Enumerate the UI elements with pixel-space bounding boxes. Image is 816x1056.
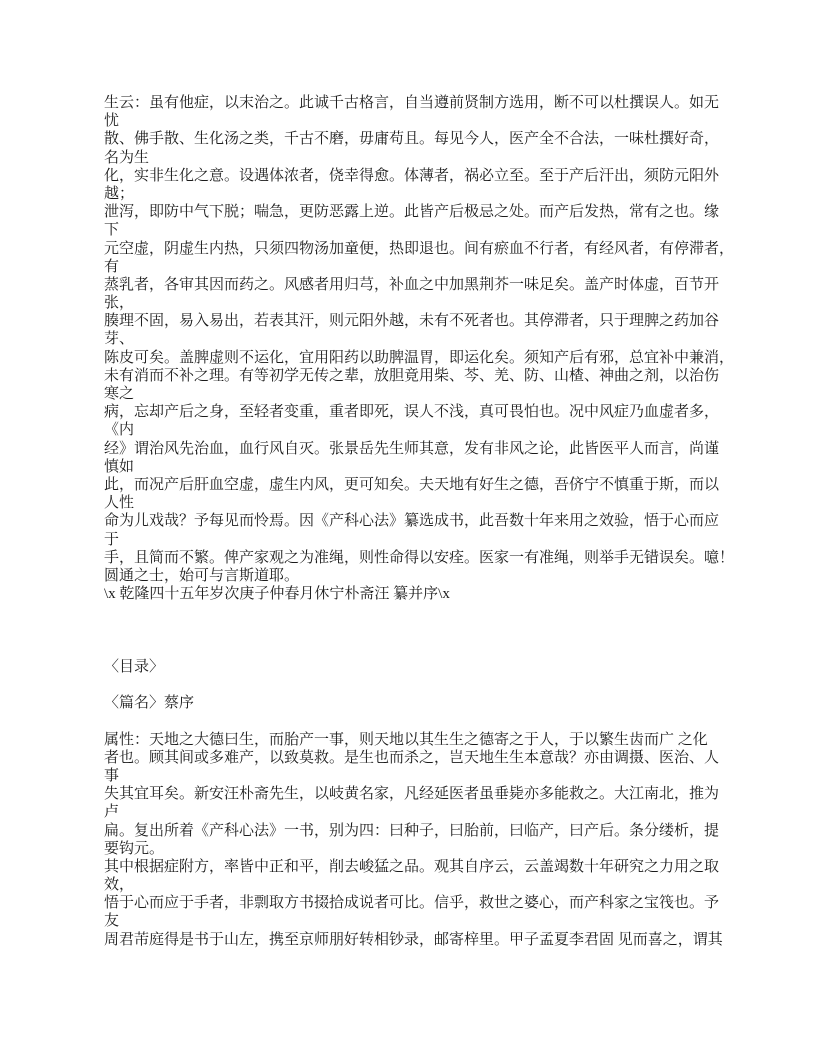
text-line: 经》谓治风先治血，血行风自灭。张景岳先生师其意，发有非风之论，此皆医平人而言，尚… [104, 440, 728, 458]
document-text: 生云：虽有他症，以末治之。此诚千古格言，自当遵前贤制方选用，断不可以杜撰误人。如… [104, 94, 728, 949]
text-line: 慎如 [104, 458, 728, 476]
text-line: 越； [104, 185, 728, 203]
text-line: 《内 [104, 421, 728, 439]
text-line: 名为生 [104, 149, 728, 167]
text-line: 陈皮可矣。盖脾虚则不运化，宜用阳药以助脾温胃，即运化矣。须知产后有邪，总宜补中兼… [104, 349, 728, 367]
text-line: 散、佛手散、生化汤之类，千古不磨，毋庸苟且。每见今人，医产全不合法，一味杜撰好奇… [104, 130, 728, 148]
author-preface-text: 生云：虽有他症，以末治之。此诚千古格言，自当遵前贤制方选用，断不可以杜撰误人。如… [104, 94, 728, 603]
text-line: 寒之 [104, 385, 728, 403]
text-line: 生云：虽有他症，以末治之。此诚千古格言，自当遵前贤制方选用，断不可以杜撰误人。如… [104, 94, 728, 112]
text-line: 病，忘却产后之身，至轻者变重，重者即死，误人不浅，真可畏怕也。况中风症乃血虚者多… [104, 403, 728, 421]
text-line: 有 [104, 258, 728, 276]
text-line: 其中根据症附方，率皆中正和平，削去峻猛之品。观其自序云，云盖竭数十年研究之力用之… [104, 858, 728, 876]
text-line: 者也。顾其间或多难产，以致莫救。是生也而杀之，岂天地生生本意哉？亦由调摄、医治、… [104, 749, 728, 767]
text-line: 命为儿戏哉？予每见而怜焉。因《产科心法》纂选成书，此吾数十年来用之效验，悟于心而… [104, 512, 728, 530]
text-line: 芽、 [104, 330, 728, 348]
text-line: 失其宜耳矣。新安汪朴斋先生，以岐黄名家，凡经延医者虽垂毙亦多能救之。大江南北，推… [104, 785, 728, 803]
text-line: 扁。复出所着《产科心法》一书，别为四：曰种子，曰胎前，曰临产，曰产后。条分缕析，… [104, 822, 728, 840]
text-line: 张， [104, 294, 728, 312]
text-line: 此，而况产后肝血空虚，虚生内风，更可知矣。夫天地有好生之德，吾侪宁不慎重于斯，而… [104, 476, 728, 494]
document-page: 生云：虽有他症，以末治之。此诚千古格言，自当遵前贤制方选用，断不可以杜撰误人。如… [0, 0, 816, 1056]
text-line: 腠理不固，易入易出，若表其汗，则元阳外越，未有不死者也。其停滞者，只于理脾之药加… [104, 312, 728, 330]
text-line: 属性：天地之大德曰生，而胎产一事，则天地以其生生之德寄之于人，于以繁生齿而广 之… [104, 731, 728, 749]
text-line: 友 [104, 912, 728, 930]
text-line: 圆通之士，始可与言斯道耶。 [104, 567, 728, 585]
text-line: 于 [104, 531, 728, 549]
text-line: 元空虚，阴虚生内热，只须四物汤加童便，热即退也。间有瘀血不行者，有经风者，有停滞… [104, 240, 728, 258]
text-line: 人性 [104, 494, 728, 512]
text-line: 忧 [104, 112, 728, 130]
text-line: 效， [104, 876, 728, 894]
text-line: 悟于心而应于手者，非剽取方书掇拾成说者可比。信乎，救世之婆心，而产科家之宝筏也。… [104, 894, 728, 912]
text-line: 要钩元。 [104, 840, 728, 858]
cai-preface-text: 属性：天地之大德曰生，而胎产一事，则天地以其生生之德寄之于人，于以繁生齿而广 之… [104, 731, 728, 949]
toc-heading: 〈目录〉 [104, 658, 728, 676]
text-line: 蒸乳者，各审其因而药之。风感者用归芎，补血之中加黑荆芥一味足矣。盖产时体虚，百节… [104, 276, 728, 294]
text-line: 周君芾庭得是书于山左，携至京师朋好转相钞录，邮寄梓里。甲子孟夏李君固 见而喜之，… [104, 931, 728, 949]
text-line: 泄泻，即防中气下脱；喘急，更防恶露上逆。此皆产后极忌之处。而产后发热，常有之也。… [104, 203, 728, 221]
text-line: 化，实非生化之意。设遇体浓者，侥幸得愈。体薄者，祸必立至。至于产后汗出，须防元阳… [104, 167, 728, 185]
chapter-heading: 〈篇名〉蔡序 [104, 694, 728, 712]
text-line: 下 [104, 221, 728, 239]
text-line: 手，且简而不繁。俾产家观之为准绳，则性命得以安痊。医家一有准绳，则举手无错误矣。… [104, 549, 728, 567]
text-line: 未有消而不补之理。有等初学无传之辈，放胆竟用柴、芩、羌、防、山楂、神曲之剂，以治… [104, 367, 728, 385]
text-line: 卢 [104, 803, 728, 821]
text-line: 事 [104, 767, 728, 785]
text-line: \x 乾隆四十五年岁次庚子仲春月休宁朴斋汪 纂并序\x [104, 585, 728, 603]
